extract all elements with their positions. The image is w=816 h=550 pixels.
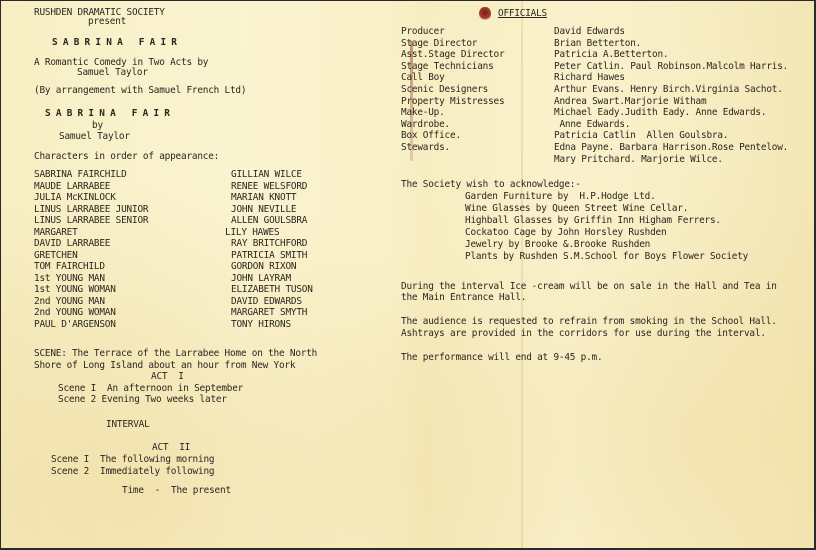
official-names: Patricia Catlin Allen Goulsbra.: [554, 130, 728, 142]
cast-actor: GORDON RIXON: [231, 261, 296, 273]
cast-actor: ELIZABETH TUSON: [231, 284, 313, 296]
play-author-2: Samuel Taylor: [59, 131, 130, 143]
acknowledgement-item: Jewelry by Brooke &.Brooke Rushden: [465, 239, 650, 251]
cast-role: DAVID LARRABEE: [34, 238, 110, 250]
end-time-note: The performance will end at 9-45 p.m.: [401, 352, 602, 364]
cast-role: JULIA McKINLOCK: [34, 192, 116, 204]
cast-role: 1st YOUNG WOMAN: [34, 284, 116, 296]
act-1-heading: ACT I: [151, 371, 184, 383]
cast-actor: MARIAN KNOTT: [231, 192, 296, 204]
official-names: Michael Eady.Judith Eady. Anne Edwards.: [554, 107, 766, 119]
cast-role: MARGARET: [34, 227, 78, 239]
cast-actor: LILY HAWES: [225, 227, 279, 239]
acknowledgement-item: Garden Furniture by H.P.Hodge Ltd.: [465, 191, 656, 203]
play-author: Samuel Taylor: [77, 67, 148, 79]
acknowledgement-item: Plants by Rushden S.M.School for Boys Fl…: [465, 251, 748, 263]
present-text: present: [88, 16, 126, 28]
official-role: Asst.Stage Director: [401, 49, 504, 61]
official-names: Arthur Evans. Henry Birch.Virginia Sacho…: [554, 84, 783, 96]
cast-actor: RAY BRITCHFORD: [231, 238, 307, 250]
interval-heading: INTERVAL: [106, 419, 150, 431]
official-role: Make-Up.: [401, 107, 445, 119]
cast-role: 2nd YOUNG WOMAN: [34, 307, 116, 319]
acknowledgement-item: Cockatoo Cage by John Horsley Rushden: [465, 227, 666, 239]
official-role: Scenic Designers: [401, 84, 488, 96]
act-2-scene-2: Scene 2 Immediately following: [51, 466, 214, 478]
cast-actor: GILLIAN WILCE: [231, 169, 302, 181]
official-names: Patricia A.Betterton.: [554, 49, 668, 61]
smoking-note-line-1: The audience is requested to refrain fro…: [401, 316, 777, 328]
act-2-scene-1: Scene I The following morning: [51, 454, 214, 466]
acknowledgement-item: Wine Glasses by Queen Street Wine Cellar…: [465, 203, 688, 215]
ink-stain: [479, 7, 491, 21]
cast-actor: RENEE WELSFORD: [231, 181, 307, 193]
cast-actor: JOHN LAYRAM: [231, 273, 291, 285]
cast-actor: JOHN NEVILLE: [231, 204, 296, 216]
acknowledge-heading: The Society wish to acknowledge:-: [401, 179, 581, 191]
act-1-scene-2: Scene 2 Evening Two weeks later: [58, 394, 227, 406]
cast-role: 2nd YOUNG MAN: [34, 296, 105, 308]
cast-role: TOM FAIRCHILD: [34, 261, 105, 273]
official-role: Call Boy: [401, 72, 445, 84]
official-names: Anne Edwards.: [554, 119, 630, 131]
official-role: Stage Technicians: [401, 61, 494, 73]
official-role: Wardrobe.: [401, 119, 450, 131]
cast-actor: MARGARET SMYTH: [231, 307, 307, 319]
cast-actor: DAVID EDWARDS: [231, 296, 302, 308]
smoking-note-line-2: Ashtrays are provided in the corridors f…: [401, 328, 766, 340]
cast-role: PAUL D'ARGENSON: [34, 319, 116, 331]
act-2-heading: ACT II: [152, 442, 190, 454]
cast-role: GRETCHEN: [34, 250, 78, 262]
cast-actor: PATRICIA SMITH: [231, 250, 307, 262]
official-names: Andrea Swart.Marjorie Witham: [554, 96, 706, 108]
official-role: Stewards.: [401, 142, 450, 154]
official-role: Box Office.: [401, 130, 461, 142]
official-names: Edna Payne. Barbara Harrison.Rose Pentel…: [554, 142, 788, 154]
cast-role: SABRINA FAIRCHILD: [34, 169, 127, 181]
cast-role: LINUS LARRABEE SENIOR: [34, 215, 148, 227]
paper-fold: [521, 1, 523, 548]
official-role: Property Mistresses: [401, 96, 504, 108]
programme-page: RUSHDEN DRAMATIC SOCIETY present SABRINA…: [1, 1, 814, 548]
official-names: David Edwards: [554, 26, 625, 38]
official-role: Producer: [401, 26, 445, 38]
cast-actor: TONY HIRONS: [231, 319, 291, 331]
official-role: Stage Director: [401, 38, 477, 50]
acknowledgement-item: Highball Glasses by Griffin Inn Higham F…: [465, 215, 721, 227]
play-title: SABRINA FAIR: [52, 37, 182, 49]
official-names: Mary Pritchard. Marjorie Wilce.: [554, 154, 723, 166]
interval-note-line-2: the Main Entrance Hall.: [401, 292, 526, 304]
official-names: Peter Catlin. Paul Robinson.Malcolm Harr…: [554, 61, 788, 73]
cast-role: LINUS LARRABEE JUNIOR: [34, 204, 148, 216]
time-setting: Time - The present: [122, 485, 231, 497]
scene-description-1: SCENE: The Terrace of the Larrabee Home …: [34, 348, 317, 360]
cast-role: 1st YOUNG MAN: [34, 273, 105, 285]
official-names: Brian Betterton.: [554, 38, 641, 50]
cast-actor: ALLEN GOULSBRA: [231, 215, 307, 227]
official-names: Richard Hawes: [554, 72, 625, 84]
arrangement-note: (By arrangement with Samuel French Ltd): [34, 85, 246, 97]
cast-role: MAUDE LARRABEE: [34, 181, 110, 193]
play-title-2: SABRINA FAIR: [45, 108, 175, 120]
characters-heading: Characters in order of appearance:: [34, 151, 219, 163]
officials-heading: OFFICIALS: [498, 8, 547, 20]
